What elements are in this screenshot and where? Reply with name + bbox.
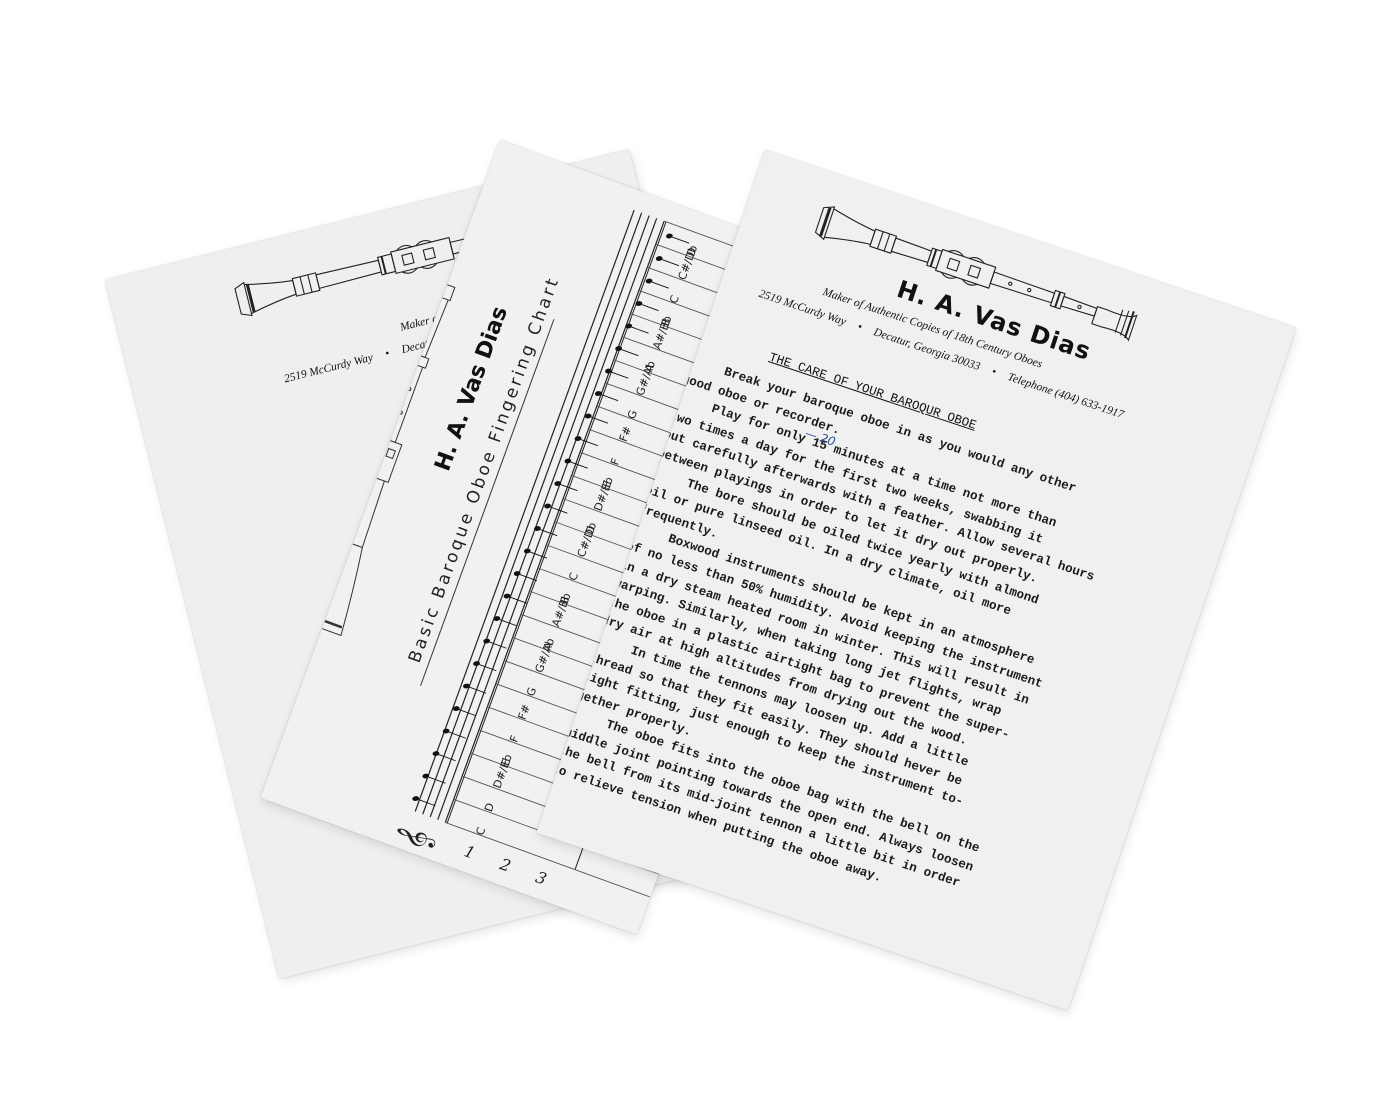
street: 2519 McCurdy Way xyxy=(283,352,374,386)
telephone: Telephone (404) 633-1917 xyxy=(1006,371,1125,421)
separator: • xyxy=(990,366,998,379)
separator: • xyxy=(856,321,864,334)
separator: • xyxy=(384,348,391,361)
